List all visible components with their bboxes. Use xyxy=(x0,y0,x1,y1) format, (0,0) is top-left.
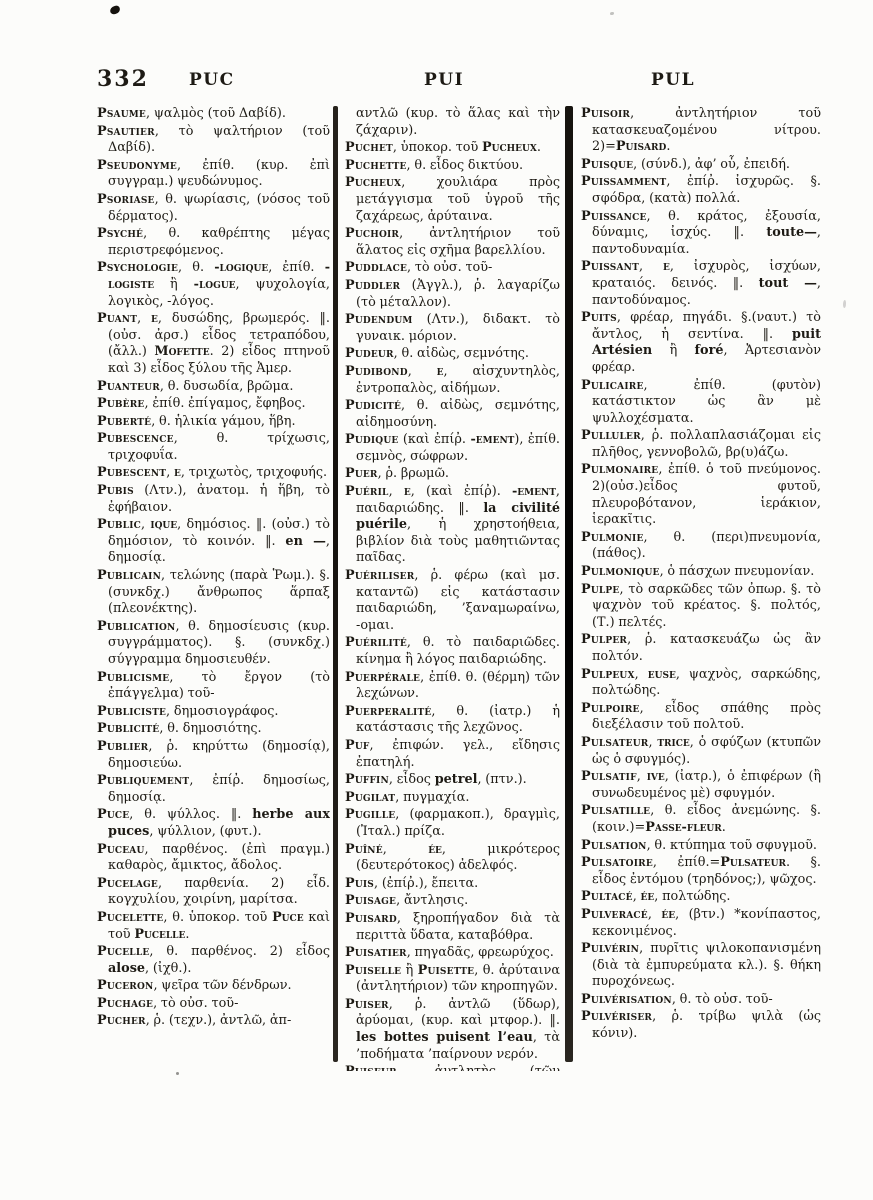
entry-headword: Puant xyxy=(97,311,137,326)
dictionary-entry: Puchoir, ἀντλητήριον τοῦ ἅλατος εἰς σχῆμ… xyxy=(345,226,560,259)
bold-phrase: foré xyxy=(695,343,724,358)
entry-headword: Puer xyxy=(345,466,378,481)
dictionary-entry: Puer, ῥ. βρωμῶ. xyxy=(345,466,560,483)
entry-headword: Pulsatif xyxy=(581,769,637,784)
entry-headword: Puberté xyxy=(97,414,151,429)
entry-headword: Pulpe xyxy=(581,582,619,597)
small-caps-reference: e xyxy=(151,311,158,326)
small-caps-reference: Pulsateur xyxy=(720,855,786,870)
dictionary-entry: Puf, ἐπιφών. γελ., εἴδησις ἐπατηλή. xyxy=(345,738,560,771)
entry-headword: Pulper xyxy=(581,632,627,647)
small-caps-reference: euse xyxy=(648,667,676,682)
small-caps-reference: ive xyxy=(647,769,665,784)
entry-headword: Puchet xyxy=(345,140,393,155)
dictionary-entry: Publication, θ. δημοσίευσις (κυρ. συγγρά… xyxy=(97,619,330,669)
dictionary-entry: Pudique (καὶ ἐπίῤ. -ement), ἐπίθ. σεμνὸς… xyxy=(345,432,560,465)
entry-headword: Pulvériser xyxy=(581,1009,652,1024)
dictionary-entry: Psyché, θ. καθρέπτης μέγας περιστρεφόμεν… xyxy=(97,226,330,259)
dictionary-entry: Puchette, θ. εἶδος δικτύου. xyxy=(345,158,560,175)
dictionary-entry: Psychologie, θ. -logique, ἐπίθ. -logiste… xyxy=(97,260,330,310)
entry-headword: Pubis xyxy=(97,483,134,498)
small-caps-reference: Pucelle xyxy=(134,927,185,942)
entry-headword: Pulvérisation xyxy=(581,992,672,1007)
column-pul: Puisoir, ἀντλητήριον τοῦ κατασκευαζομένο… xyxy=(581,106,821,1071)
entry-headword: Puîné xyxy=(345,842,383,857)
entry-headword: Puiser xyxy=(345,997,389,1012)
entry-headword: Puisard xyxy=(345,911,397,926)
bold-phrase: petrel xyxy=(435,772,478,787)
entry-headword: Puisoir xyxy=(581,106,630,121)
small-caps-reference: ée xyxy=(641,889,655,904)
small-caps-reference: -logue xyxy=(194,277,236,292)
dictionary-entry: Public, ique, δημόσιος. ‖. (οὐσ.) τὸ δημ… xyxy=(97,517,330,567)
dictionary-entry: Puissamment, ἐπίῤ. ἰσχυρῶς. §. σφόδρα, (… xyxy=(581,174,821,207)
dictionary-page: 332 PUC PUI PUL Psaume, ψαλμὸς (τοῦ Δαβί… xyxy=(0,0,873,1200)
small-caps-reference: trice xyxy=(657,735,689,750)
dictionary-entry: Publicisme, τὸ ἔργον (τὸ ἐπάγγελμα) τοῦ- xyxy=(97,670,330,703)
dictionary-entry: Pubis (Λτν.), ἀνατομ. ἡ ἥβη, τὸ ἐφήβαιον… xyxy=(97,483,330,516)
bold-phrase: les bottes puisent l’eau xyxy=(356,1030,533,1045)
dictionary-entry: Puisard, ξηροπήγαδον διὰ τὰ περιττὰ ὕδατ… xyxy=(345,911,560,944)
dictionary-entry: Psaume, ψαλμὸς (τοῦ Δαβίδ). xyxy=(97,106,330,123)
ink-speck xyxy=(109,5,121,15)
entry-headword: Puceron xyxy=(97,978,153,993)
ink-speck xyxy=(610,12,614,15)
running-head-pui: PUI xyxy=(424,70,464,90)
dictionary-entry: Pubère, ἐπίθ. ἐπίγαμος, ἔφηβος. xyxy=(97,396,330,413)
dictionary-entry: Puceron, ψεῖρα τῶν δένδρων. xyxy=(97,978,330,995)
column-divider xyxy=(565,106,573,1062)
entry-headword: Puchette xyxy=(345,158,407,173)
dictionary-entry: Pudibond, e, αἰσχυντηλὸς, ἐντροπαλὸς, αἰ… xyxy=(345,364,560,397)
dictionary-entry: Pulper, ῥ. κατασκευάζω ὡς ἂν πολτόν. xyxy=(581,632,821,665)
entry-headword: Pugilat xyxy=(345,790,395,805)
bold-phrase: tout — xyxy=(759,276,817,291)
dictionary-entry: Puéril, e, (καὶ ἐπίῤ). -ement, παιδαριώδ… xyxy=(345,484,560,567)
entry-headword: Pubère xyxy=(97,396,144,411)
small-caps-reference: e xyxy=(663,259,670,274)
dictionary-entry: Pulvérin, πυρῖτις ψιλοκοπανισμένη (διὰ τ… xyxy=(581,941,821,991)
entry-headword: Puérilité xyxy=(345,635,407,650)
dictionary-entry: Puisoir, ἀντλητήριον τοῦ κατασκευαζομένο… xyxy=(581,106,821,156)
small-caps-reference: -ement xyxy=(512,484,556,499)
dictionary-entry: Pulmonaire, ἐπίθ. ὁ τοῦ πνεύμονος. 2)(οὐ… xyxy=(581,462,821,528)
small-caps-reference: Pucheux xyxy=(482,140,537,155)
entry-headword: Puffin xyxy=(345,772,389,787)
bold-phrase: la civilité puérile xyxy=(356,501,560,533)
dictionary-entry: Puceau, παρθένος. (ἐπὶ πραγμ.) καθαρὸς, … xyxy=(97,842,330,875)
entry-headword: Pudeur xyxy=(345,346,394,361)
entry-headword: Pudendum xyxy=(345,312,413,327)
entry-headword: Puisage xyxy=(345,893,396,908)
dictionary-entry: Pucelette, θ. ὑποκορ. τοῦ Puce καὶ τοῦ P… xyxy=(97,910,330,943)
dictionary-entry: Pulpoire, εἶδος σπάθης πρὸς διεξέλασιν τ… xyxy=(581,701,821,734)
dictionary-entry: Pulsatif, ive, (ἰατρ.), ὁ ἐπιφέρων (ἢ συ… xyxy=(581,769,821,802)
dictionary-entry: Puddlace, τὸ οὐσ. τοῦ- xyxy=(345,260,560,277)
entry-headword: Pulsatoire xyxy=(581,855,653,870)
dictionary-entry: Puiselle ἢ Puisette, θ. ἀρύταινα (ἀντλητ… xyxy=(345,963,560,996)
dictionary-entry: Pucelle, θ. παρθένος. 2) εἶδος alose, (ἰ… xyxy=(97,944,330,977)
dictionary-entry: Puériliser, ῥ. φέρω (καὶ μσ. καταντῶ) εἰ… xyxy=(345,568,560,634)
entry-headword: Pucheux xyxy=(345,175,401,190)
entry-headword: Puiselle xyxy=(345,963,401,978)
small-caps-reference: e xyxy=(404,484,411,499)
dictionary-entry: Puîné, ée, μικρότερος (δευτερότοκος) ἀδε… xyxy=(345,842,560,875)
bold-phrase: en — xyxy=(285,534,326,549)
dictionary-entry: Puiseur, ἀντλητὴς (τῶν ἀνθρακωρυχείων). xyxy=(345,1064,560,1071)
dictionary-entry: Psoriase, θ. ψωρίασις, (νόσος τοῦ δέρματ… xyxy=(97,192,330,225)
entry-headword: Pulmonie xyxy=(581,530,644,545)
dictionary-entry: Puisage, ἄντλησις. xyxy=(345,893,560,910)
dictionary-entry: Publiciste, δημοσιογράφος. xyxy=(97,704,330,721)
dictionary-entry: Pulvériser, ῥ. τρίβω ψιλὰ (ὡς κόνιν). xyxy=(581,1009,821,1042)
dictionary-entry: Pudeur, θ. αἰδὼς, σεμνότης. xyxy=(345,346,560,363)
entry-headword: Psychologie xyxy=(97,260,178,275)
entry-headword: Pudicité xyxy=(345,398,401,413)
entry-headword: Publiquement xyxy=(97,773,189,788)
dictionary-entry: Pucher, ῥ. (τεχν.), ἀντλῶ, ἀπ- xyxy=(97,1013,330,1030)
dictionary-entry: Pseudonyme, ἐπίθ. (κυρ. ἐπὶ συγγραμ.) ψε… xyxy=(97,158,330,191)
ink-speck xyxy=(176,1072,179,1075)
dictionary-entry: Pulpe, τὸ σαρκῶδες τῶν ὀπωρ. §. τὸ ψαχνὸ… xyxy=(581,582,821,632)
entry-headword: Publicisme xyxy=(97,670,169,685)
dictionary-entry: Pulveracé, ée, (βτν.) *κονίπαστος, κεκον… xyxy=(581,907,821,940)
entry-headword: Pulpeux xyxy=(581,667,635,682)
entry-headword: Puissamment xyxy=(581,174,666,189)
dictionary-entry: Pucheux, χουλιάρα πρὸς μετάγγισμα τοῦ ὑγ… xyxy=(345,175,560,225)
dictionary-entry: Pulpeux, euse, ψαχνὸς, σαρκώδης, πολτώδη… xyxy=(581,667,821,700)
column-divider xyxy=(333,106,338,1062)
dictionary-entry: Puissance, θ. κράτος, ἐξουσία, δύναμις, … xyxy=(581,209,821,259)
entry-headword: Pubescent xyxy=(97,465,166,480)
running-head-pul: PUL xyxy=(651,70,695,90)
dictionary-entry: Puce, θ. ψύλλος. ‖. herbe aux puces, ψύλ… xyxy=(97,807,330,840)
entry-headword: Psoriase xyxy=(97,192,155,207)
dictionary-entry: Puant, e, δυσώδης, βρωμερός. ‖. (οὐσ. ἀρ… xyxy=(97,311,330,377)
entry-headword: Publicité xyxy=(97,721,159,736)
entry-headword: Pultacé xyxy=(581,889,633,904)
dictionary-entry: Puerperalité, θ. (ἰατρ.) ἡ κατάστασις τῆ… xyxy=(345,704,560,737)
entry-headword: Puerperalité xyxy=(345,704,431,719)
dictionary-entry: Pudicité, θ. αἰδὼς, σεμνότης, αἰδημοσύνη… xyxy=(345,398,560,431)
ink-speck xyxy=(843,300,846,308)
dictionary-entry: Puissant, e, ἰσχυρὸς, ἰσχύων, κραταιός. … xyxy=(581,259,821,309)
dictionary-entry: Pulmonique, ὁ πάσχων πνευμονίαν. xyxy=(581,564,821,581)
small-caps-reference: Puisard xyxy=(616,139,666,154)
entry-headword: Pulmonaire xyxy=(581,462,658,477)
bold-phrase: toute— xyxy=(766,225,817,240)
entry-headword: Puiseur xyxy=(345,1064,397,1071)
entry-headword: Puddler xyxy=(345,278,400,293)
entry-headword: Puanteur xyxy=(97,379,160,394)
dictionary-entry: Publicité, θ. δημοσιότης. xyxy=(97,721,330,738)
entry-headword: Psyché xyxy=(97,226,143,241)
entry-headword: Psaume xyxy=(97,106,146,121)
dictionary-entry: Pugilat, πυγμαχία. xyxy=(345,790,560,807)
dictionary-entry: Pubescent, e, τριχωτὸς, τριχοφυής. xyxy=(97,465,330,482)
dictionary-entry: Puisque, (σύνδ.), ἀφ’ οὗ, ἐπειδή. xyxy=(581,157,821,174)
entry-headword: Pulsation xyxy=(581,838,647,853)
entry-headword: Puits xyxy=(581,310,617,325)
entry-headword: Puchoir xyxy=(345,226,399,241)
entry-headword: Puissance xyxy=(581,209,647,224)
entry-headword: Pseudonyme xyxy=(97,158,177,173)
dictionary-entry: Pudendum (Λτν.), διδακτ. τὸ γυναικ. μόρι… xyxy=(345,312,560,345)
dictionary-entry: Puisatier, πηγαδᾶς, φρεωρύχος. xyxy=(345,945,560,962)
dictionary-entry: Pulvérisation, θ. τὸ οὐσ. τοῦ- xyxy=(581,992,821,1009)
dictionary-entry: Puffin, εἶδος petrel, (πτν.). xyxy=(345,772,560,789)
entry-headword: Pucelette xyxy=(97,910,163,925)
small-caps-reference: -logique xyxy=(214,260,268,275)
dictionary-entry: Pultacé, ée, πολτώδης. xyxy=(581,889,821,906)
entry-headword: Pudique xyxy=(345,432,398,447)
entry-headword: Puchage xyxy=(97,996,153,1011)
entry-headword: Public xyxy=(97,517,141,532)
entry-headword: Pulvérin xyxy=(581,941,639,956)
dictionary-entry: Publier, ῥ. κηρύττω (δημοσίᾳ), δημοσιεύω… xyxy=(97,739,330,772)
entry-headword: Puisatier xyxy=(345,945,407,960)
entry-headword: Pudibond xyxy=(345,364,408,379)
dictionary-entry: Puchage, τὸ οὐσ. τοῦ- xyxy=(97,996,330,1013)
entry-headword: Pulsatille xyxy=(581,803,650,818)
dictionary-entry: Pulsation, θ. κτύπημα τοῦ σφυγμοῦ. xyxy=(581,838,821,855)
entry-headword: Pugille xyxy=(345,807,395,822)
text-columns: Psaume, ψαλμὸς (τοῦ Δαβίδ).Psautier, τὸ … xyxy=(97,106,821,1071)
dictionary-entry: Puiser, ῥ. ἀντλῶ (ὕδωρ), ἀρύομαι, (κυρ. … xyxy=(345,997,560,1063)
small-caps-reference: ée xyxy=(661,907,675,922)
column-puc: Psaume, ψαλμὸς (τοῦ Δαβίδ).Psautier, τὸ … xyxy=(97,106,330,1071)
column-pui: αντλῶ (κυρ. τὸ ἅλας καὶ τὴν ζάχαριν).Puc… xyxy=(345,106,560,1071)
dictionary-entry: Publicain, τελώνης (παρὰ Ῥωμ.). §. (συνκ… xyxy=(97,568,330,618)
small-caps-reference: Passe-fleur xyxy=(645,820,721,835)
entry-headword: Puériliser xyxy=(345,568,414,583)
entry-headword: Puddlace xyxy=(345,260,407,275)
bold-phrase: herbe aux puces xyxy=(108,807,330,839)
entry-headword: Pulluler xyxy=(581,428,641,443)
entry-headword: Puisette xyxy=(418,963,475,978)
dictionary-entry: Puanteur, θ. δυσωδία, βρῶμα. xyxy=(97,379,330,396)
entry-headword: Psautier xyxy=(97,124,155,139)
dictionary-entry: Puddler (Ἀγγλ.), ῥ. λαγαρίζω (τὸ μέταλλο… xyxy=(345,278,560,311)
entry-headword: Puisque xyxy=(581,157,633,172)
entry-headword: Pulveracé xyxy=(581,907,648,922)
dictionary-entry: Puberté, θ. ἡλικία γάμου, ἥβη. xyxy=(97,414,330,431)
entry-headword: Pulmonique xyxy=(581,564,660,579)
dictionary-entry: Pubescence, θ. τρίχωσις, τριχοφυΐα. xyxy=(97,431,330,464)
entry-headword: Pulpoire xyxy=(581,701,640,716)
entry-headword: Pulsateur xyxy=(581,735,648,750)
page-number: 332 xyxy=(97,66,149,92)
dictionary-entry: Pulluler, ῥ. πολλαπλασιάζομαι εἰς πλῆθος… xyxy=(581,428,821,461)
small-caps-reference: e xyxy=(174,465,181,480)
dictionary-entry: Puerpérale, ἐπίθ. θ. (θέρμη) τῶν λεχώνων… xyxy=(345,670,560,703)
entry-headword: Publier xyxy=(97,739,148,754)
running-head-puc: PUC xyxy=(189,70,235,90)
small-caps-reference: Puce xyxy=(272,910,304,925)
dictionary-entry: Pulmonie, θ. (περι)πνευμονία, (πάθος). xyxy=(581,530,821,563)
dictionary-entry: Puérilité, θ. τὸ παιδαριῶδες. κίνημα ἢ λ… xyxy=(345,635,560,668)
entry-continuation: αντλῶ (κυρ. τὸ ἅλας καὶ τὴν ζάχαριν). xyxy=(345,106,560,139)
entry-headword: Puf xyxy=(345,738,369,753)
small-caps-reference: ée xyxy=(428,842,442,857)
dictionary-entry: Puits, φρέαρ, πηγάδι. §.(ναυτ.) τὸ ἄντλο… xyxy=(581,310,821,376)
entry-headword: Puis xyxy=(345,876,374,891)
small-caps-reference: Mofette xyxy=(154,344,209,359)
entry-headword: Pucelage xyxy=(97,876,158,891)
small-caps-reference: -ement xyxy=(470,432,514,447)
entry-headword: Puceau xyxy=(97,842,145,857)
dictionary-entry: Pugille, (φαρμακοπ.), δραγμὶς, (Ἰταλ.) π… xyxy=(345,807,560,840)
dictionary-entry: Pulsatoire, ἐπίθ.=Pulsateur. §. εἶδος ἐν… xyxy=(581,855,821,888)
small-caps-reference: e xyxy=(437,364,444,379)
entry-headword: Publiciste xyxy=(97,704,166,719)
dictionary-entry: Psautier, τὸ ψαλτήριον (τοῦ Δαβίδ). xyxy=(97,124,330,157)
entry-headword: Puce xyxy=(97,807,129,822)
entry-headword: Pucher xyxy=(97,1013,146,1028)
dictionary-entry: Publiquement, ἐπίῤ. δημοσίως, δημοσίᾳ. xyxy=(97,773,330,806)
bold-phrase: alose xyxy=(108,961,145,976)
entry-headword: Puerpérale xyxy=(345,670,420,685)
entry-headword: Pubescence xyxy=(97,431,174,446)
entry-headword: Puissant xyxy=(581,259,639,274)
dictionary-entry: Pucelage, παρθενία. 2) εἶδ. κογχυλίου, χ… xyxy=(97,876,330,909)
entry-headword: Pucelle xyxy=(97,944,149,959)
dictionary-entry: Puis, (ἐπίῤ.), ἔπειτα. xyxy=(345,876,560,893)
entry-headword: Puéril xyxy=(345,484,389,499)
entry-headword: Publicain xyxy=(97,568,161,583)
dictionary-entry: Pulsatille, θ. εἶδος ἀνεμώνης. §. (κοιν.… xyxy=(581,803,821,836)
small-caps-reference: ique xyxy=(150,517,177,532)
dictionary-entry: Puchet, ὑποκορ. τοῦ Pucheux. xyxy=(345,140,560,157)
dictionary-entry: Pulsateur, trice, ὁ σφύζων (κτυπῶν ὡς ὁ … xyxy=(581,735,821,768)
dictionary-entry: Pulicaire, ἐπίθ. (φυτὸν) κατάστικτον ὡς … xyxy=(581,378,821,428)
entry-headword: Publication xyxy=(97,619,175,634)
entry-headword: Pulicaire xyxy=(581,378,644,393)
